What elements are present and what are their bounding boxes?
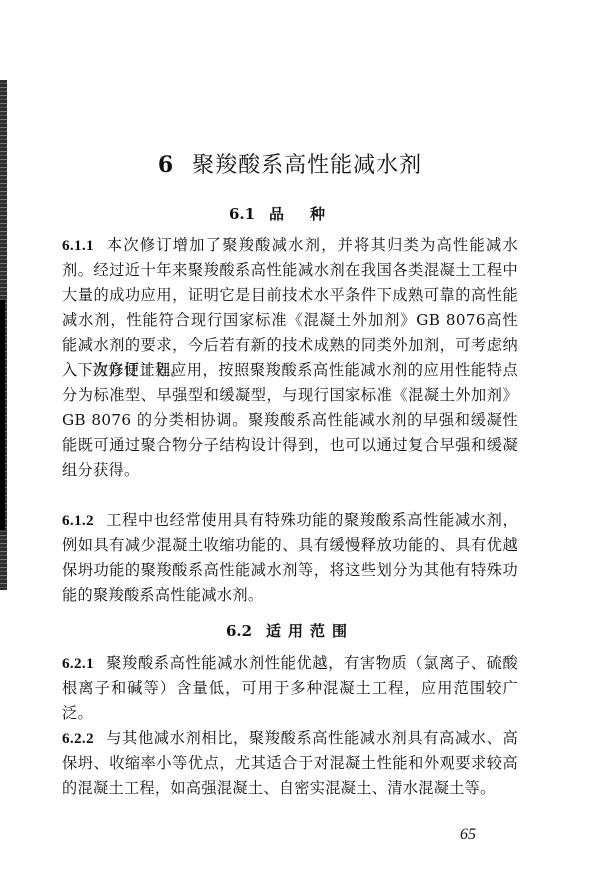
clause-number: 6.2.2	[62, 730, 94, 747]
clause-number: 6.2.1	[62, 655, 94, 672]
section-title-text: 品种	[269, 205, 351, 223]
page-number: 65	[460, 826, 476, 844]
section-number: 6.2	[226, 622, 252, 640]
clause-6-1-2: 6.1.2工程中也经常使用具有特殊功能的聚羧酸系高性能减水剂，例如具有减少混凝土…	[62, 508, 518, 608]
section-heading-6-1: 6.1品种	[62, 203, 518, 224]
scan-binding-shadow	[0, 300, 5, 530]
chapter-title: 6聚羧酸系高性能减水剂	[62, 148, 518, 179]
clause-text: 工程中也经常使用具有特殊功能的聚羧酸系高性能减水剂，例如具有减少混凝土收缩功能的…	[62, 511, 518, 604]
clause-6-2-1: 6.2.1聚羧酸系高性能减水剂性能优越，有害物质（氯离子、硫酸根离子和碱等）含量…	[62, 651, 518, 726]
clause-text: 与其他减水剂相比，聚羧酸系高性能减水剂具有高减水、高保坍、收缩率小等优点，尤其适…	[62, 729, 518, 797]
chapter-title-text: 聚羧酸系高性能减水剂	[192, 153, 422, 178]
clause-number: 6.1.1	[62, 237, 94, 254]
section-title-text: 适用范围	[266, 622, 354, 640]
clause-6-1-1-paragraph-2: 为方便工程应用，按照聚羧酸系高性能减水剂的应用性能特点分为标准型、早强型和缓凝型…	[62, 358, 518, 483]
chapter-number: 6	[158, 152, 174, 178]
clause-number: 6.1.2	[62, 512, 94, 529]
clause-text: 聚羧酸系高性能减水剂性能优越，有害物质（氯离子、硫酸根离子和碱等）含量低，可用于…	[62, 654, 518, 722]
clause-6-2-2: 6.2.2与其他减水剂相比，聚羧酸系高性能减水剂具有高减水、高保坍、收缩率小等优…	[62, 726, 518, 801]
section-heading-6-2: 6.2适用范围	[62, 620, 518, 641]
section-number: 6.1	[229, 205, 255, 223]
